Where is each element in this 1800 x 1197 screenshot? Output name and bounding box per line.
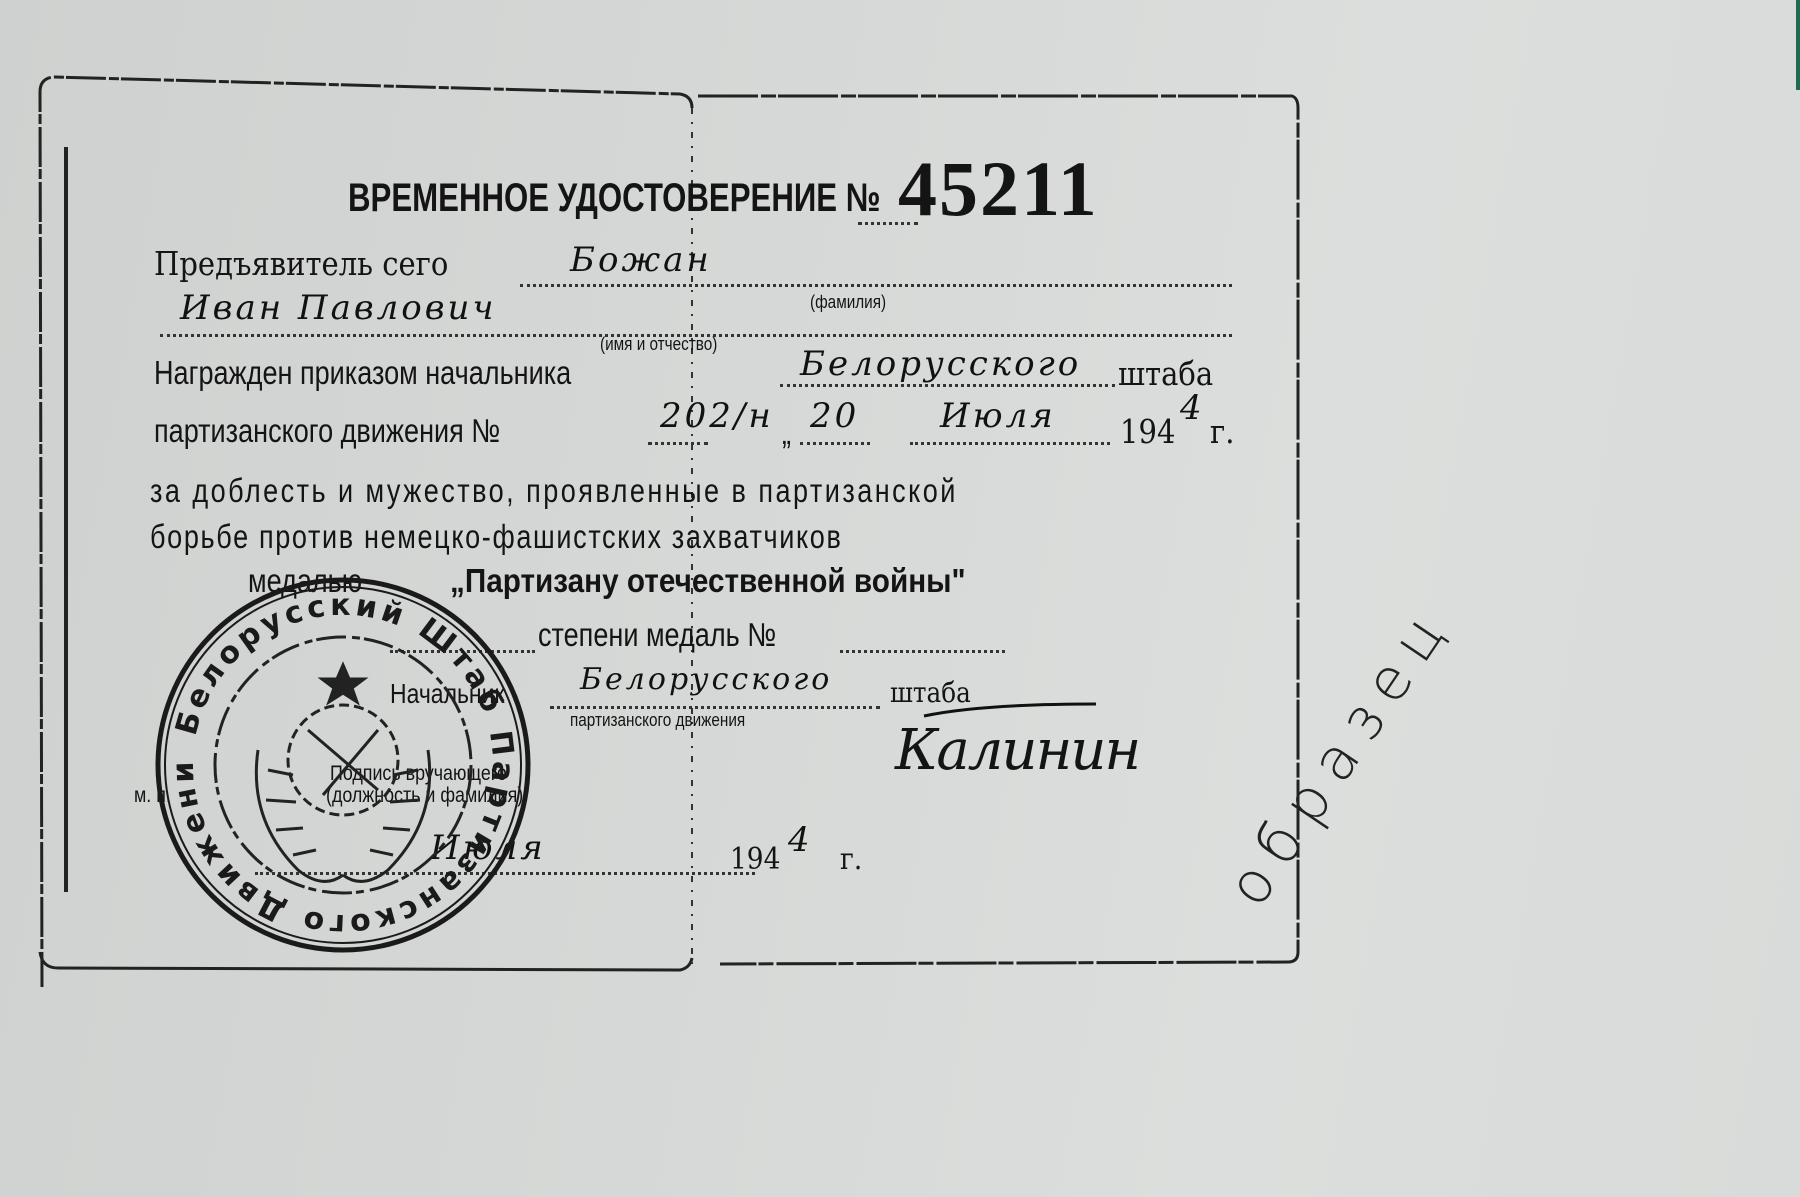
day-dotted-line (800, 442, 870, 445)
awarded-label: Награжден приказом начальника (154, 354, 571, 392)
reason-line-2: борьбе против немецко-фашистских захватч… (150, 518, 843, 556)
name-caption: (имя и отчество) (600, 334, 717, 355)
year-prefix: 194 (1120, 412, 1175, 451)
surname-value: Божан (570, 240, 712, 280)
certificate-number: 45211 (898, 144, 1099, 234)
order-dotted-line (648, 442, 708, 445)
issue-year-suffix: 4 (788, 820, 813, 860)
surname-caption: (фамилия) (810, 292, 886, 313)
year-unit: г. (1210, 412, 1234, 451)
issue-year-unit: г. (840, 842, 862, 877)
chief-hq-value: Белорусского (580, 662, 832, 697)
surname-dotted-line (520, 284, 1232, 287)
bearer-label: Предъявитель сего (154, 244, 448, 283)
movement-label: партизанского движения № (154, 412, 500, 450)
official-seal-stamp: Белорусский Штаб Партизанского Движения (148, 570, 538, 960)
order-month: Июля (940, 396, 1056, 436)
chief-hq-dotted-line (550, 706, 880, 709)
photo-edge-background (1796, 0, 1800, 90)
name-value: Иван Павлович (180, 288, 497, 328)
signature-stroke (920, 700, 1100, 720)
month-dotted-line (910, 442, 1110, 445)
year-suffix: 4 (1180, 388, 1205, 428)
degree-label: степени медаль № (538, 616, 776, 654)
order-number: 202/н (660, 396, 774, 436)
coat-of-arms-icon (256, 665, 429, 881)
quote-mark: „ (782, 414, 791, 452)
hq-value: Белорусского (800, 344, 1081, 384)
certificate-title: ВРЕМЕННОЕ УДОСТОВЕРЕНИЕ № (348, 176, 881, 221)
reason-line-1: за доблесть и мужество, проявленные в па… (150, 472, 958, 510)
issue-year-prefix: 194 (730, 842, 780, 877)
order-day: 20 (810, 396, 859, 436)
hq-dotted-line (780, 384, 1115, 387)
chief-signature: Калинин (895, 718, 1139, 783)
medal-number-dotted-line (840, 650, 1005, 653)
chief-caption: партизанского движения (570, 710, 745, 731)
